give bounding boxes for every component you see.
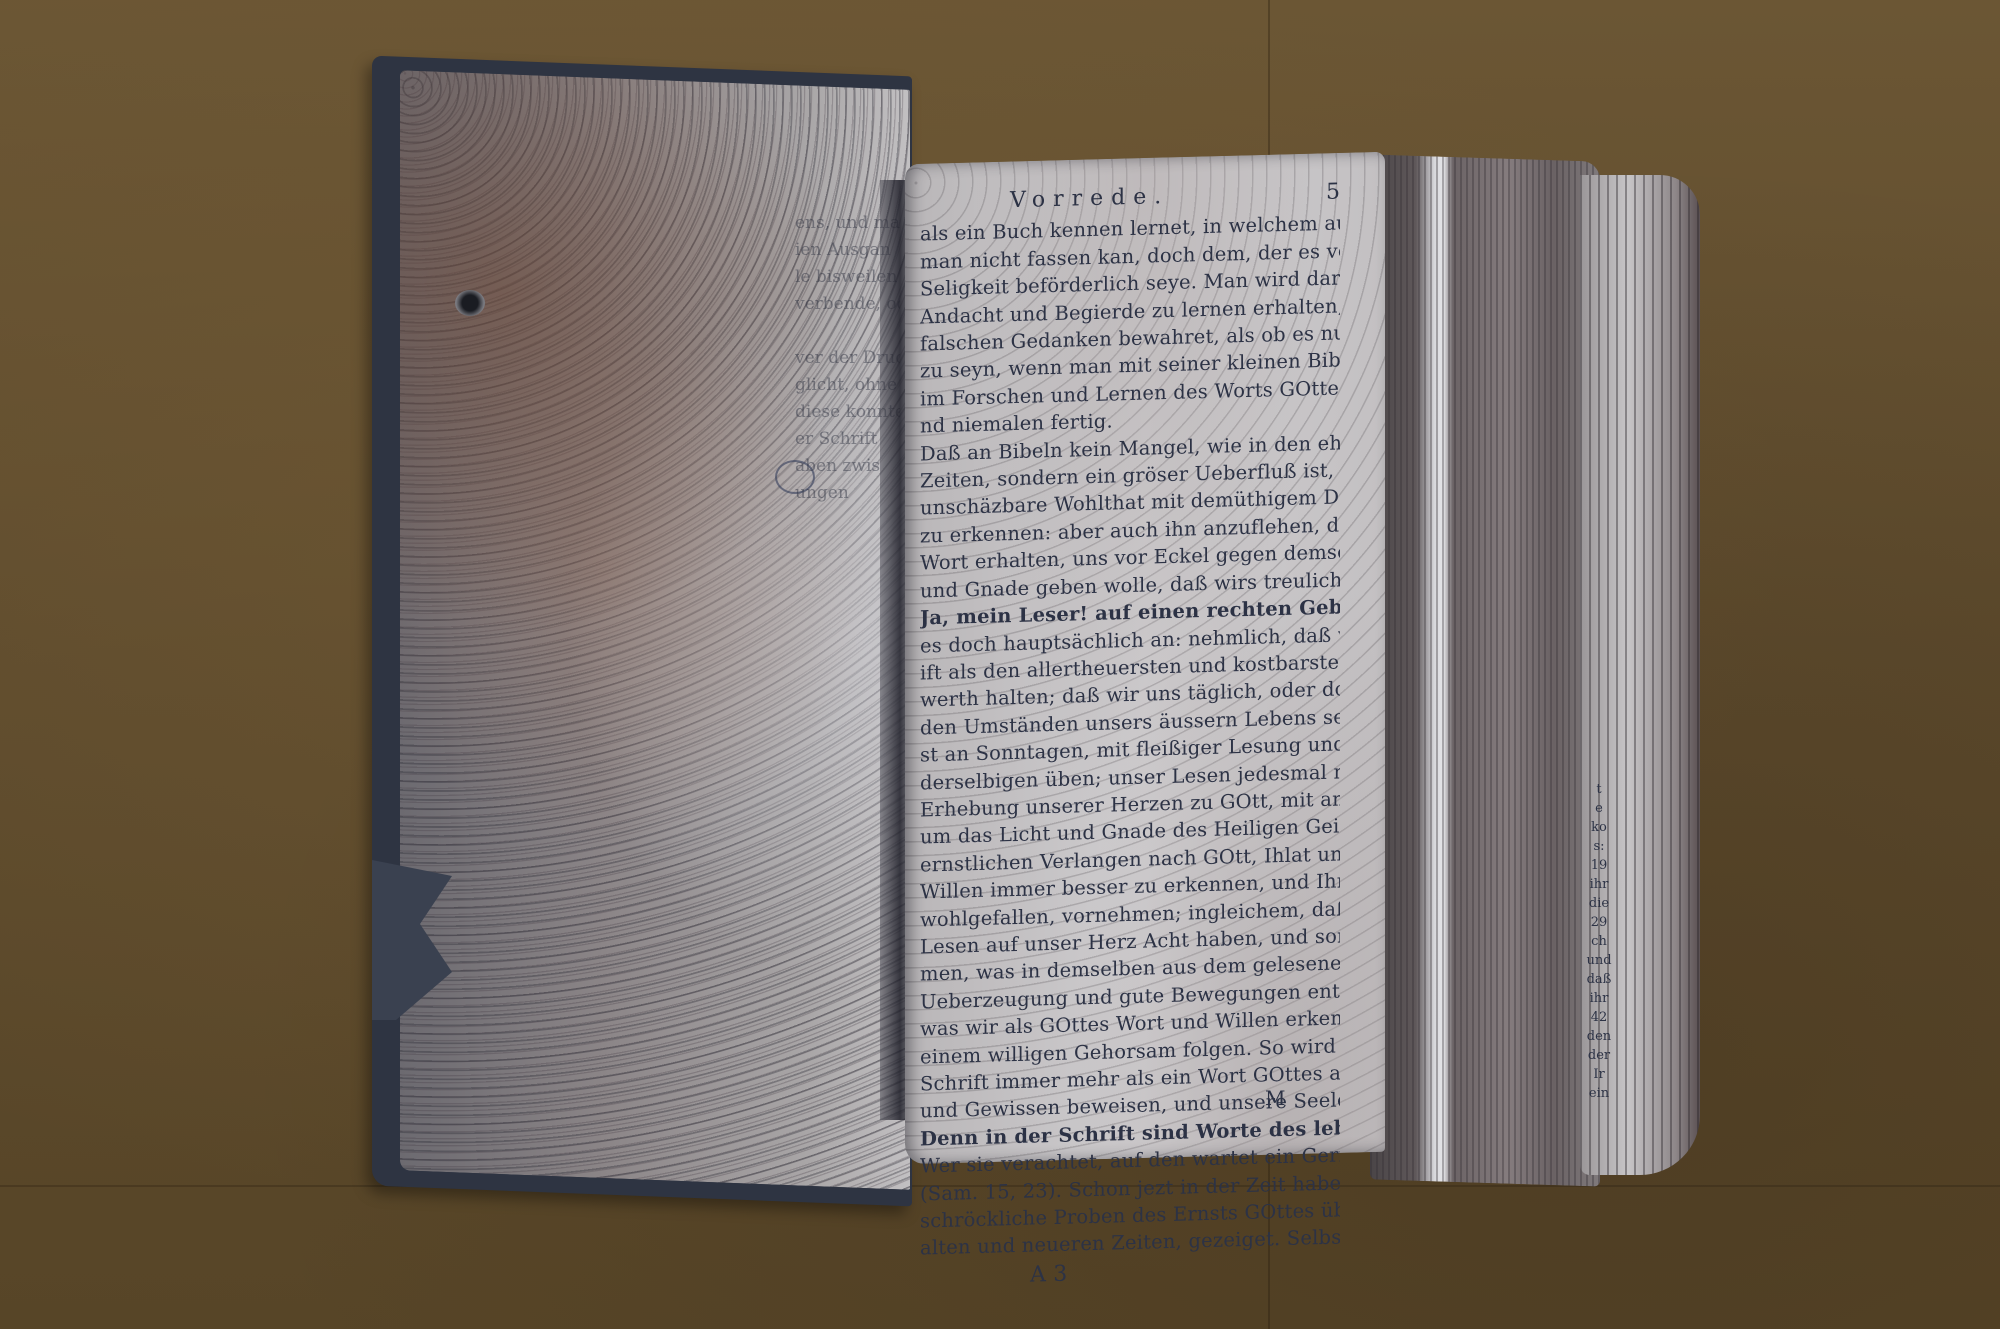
page-edge-fragment: Ir — [1584, 1065, 1614, 1084]
page-edge-fragment: und — [1584, 951, 1614, 970]
page-edge-fragment: e — [1584, 799, 1614, 818]
page-edge-fragment: die — [1584, 894, 1614, 913]
catchword: M — [1265, 1086, 1285, 1110]
right-page-text: Vorrede. 5 als ein Buch kennen lernet, i… — [920, 179, 1340, 1292]
page-edge-text: tekos:19ihrdie29chunddaßihr42denderIrein — [1584, 780, 1614, 1103]
page-edge-fragment: ch — [1584, 932, 1614, 951]
page-edge-fragment: ihr — [1584, 875, 1614, 894]
page-block-edge — [1370, 154, 1600, 1186]
page-edge-fragment: daß — [1584, 970, 1614, 989]
page-edge-fragment: 42 — [1584, 1008, 1614, 1027]
page-number: 5 — [1326, 179, 1340, 207]
page-edge-fragment: der — [1584, 1046, 1614, 1065]
cover-hole — [455, 290, 485, 316]
running-head-title: Vorrede. — [1010, 183, 1169, 215]
page-edge-fragment: t — [1584, 780, 1614, 799]
page-edge-fragment: ihr — [1584, 989, 1614, 1008]
page-edge-fragment: ein — [1584, 1084, 1614, 1103]
page-edge-fragment: 29 — [1584, 913, 1614, 932]
page-edge-fragment: s: — [1584, 837, 1614, 856]
signature-mark: A 3 — [1030, 1253, 1340, 1289]
page-edge-fragment: ko — [1584, 818, 1614, 837]
page-edge-fragment: 19 — [1584, 856, 1614, 875]
page-edge-fragment: den — [1584, 1027, 1614, 1046]
